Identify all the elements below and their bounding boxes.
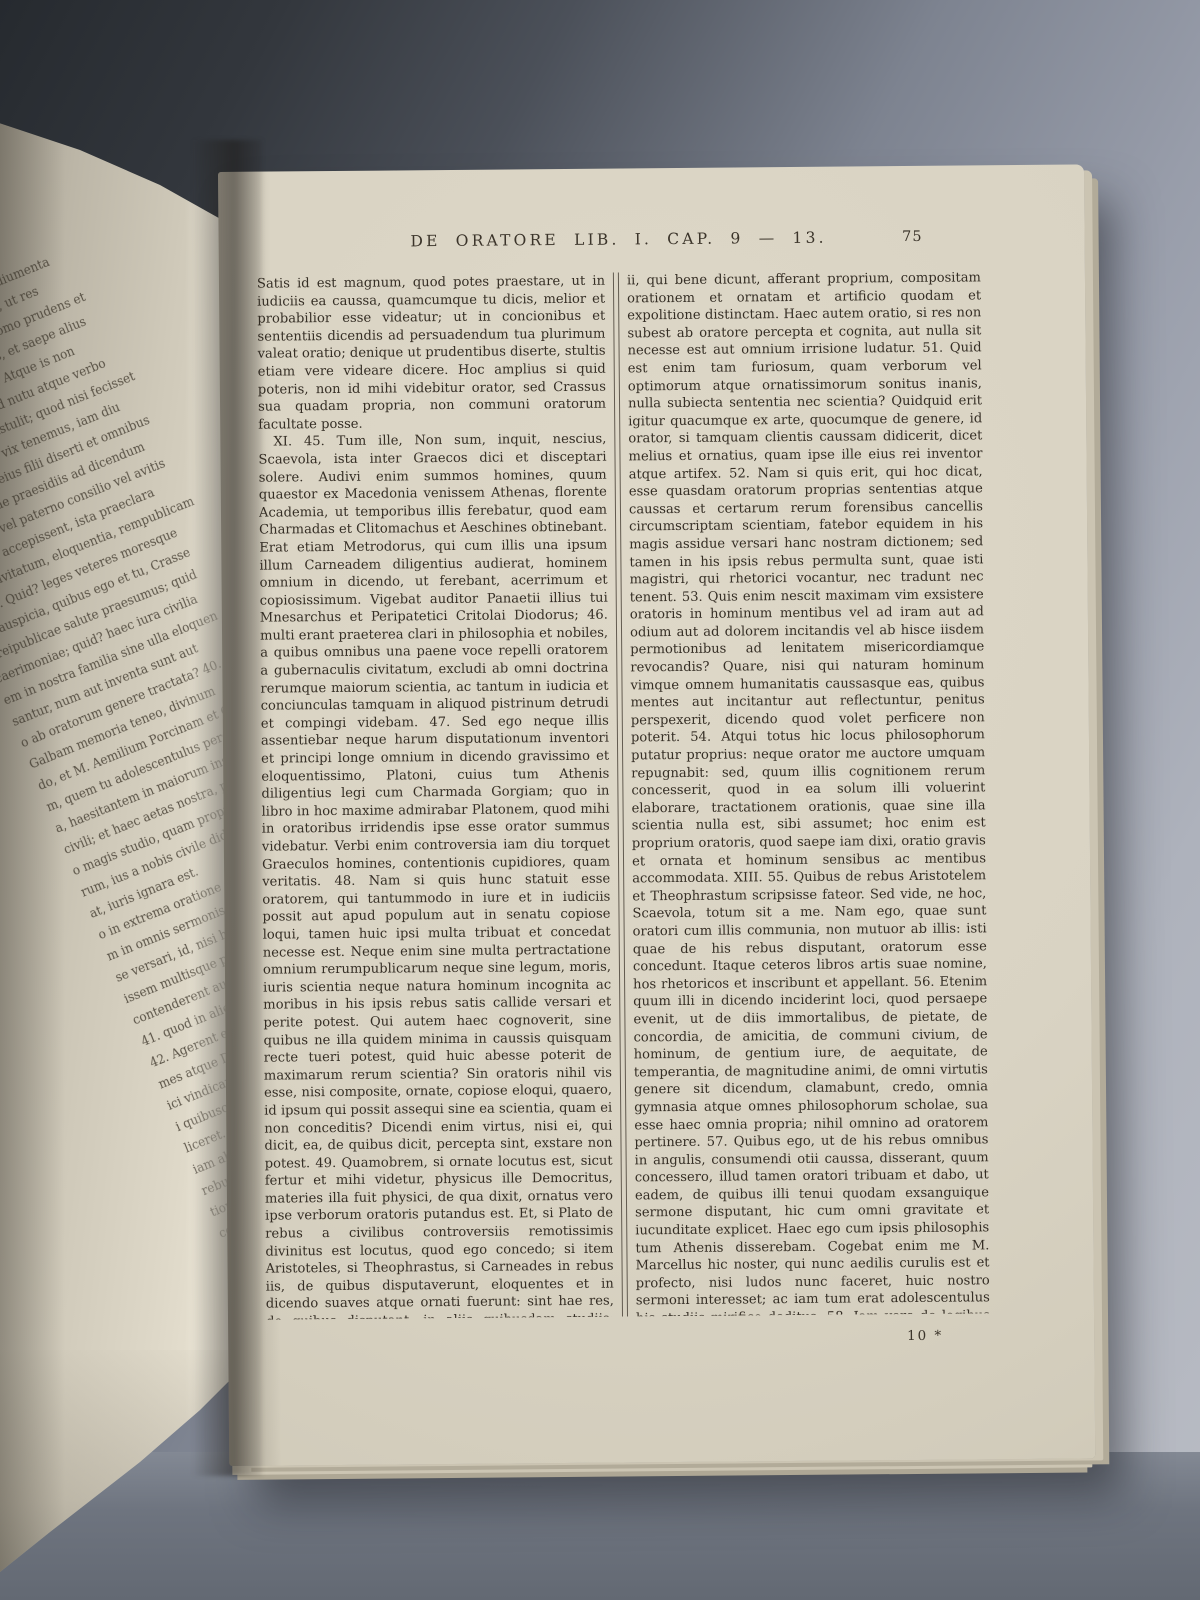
body-paragraph: ii, qui bene dicunt, afferant proprium, …	[627, 269, 990, 1316]
signature-mark: 10 *	[880, 1327, 970, 1344]
body-paragraph: XI. 45. Tum ille, Non sum, inquit, nesci…	[258, 431, 614, 1320]
body-paragraph: Satis id est magnum, quod potes praestar…	[257, 273, 606, 434]
page-header: DE ORATORE LIB. I. CAP. 9 — 13. 75	[257, 227, 981, 259]
column-divider	[613, 273, 628, 1317]
running-head: DE ORATORE LIB. I. CAP. 9 — 13.	[257, 227, 981, 251]
page-number: 75	[902, 229, 923, 245]
left-page-text: SISrerum maiorum, quam adiumentaomnium i…	[0, 89, 240, 1459]
right-book-page: DE ORATORE LIB. I. CAP. 9 — 13. 75 Satis…	[218, 164, 1095, 1466]
left-book-page: SISrerum maiorum, quam adiumentaomnium i…	[0, 80, 240, 1590]
table-surface	[0, 1452, 1200, 1600]
text-column-right: ii, qui bene dicunt, afferant proprium, …	[627, 269, 990, 1316]
text-column-left: Satis id est magnum, quod potes praestar…	[257, 273, 614, 1320]
text-block: Satis id est magnum, quod potes praestar…	[257, 269, 990, 1319]
